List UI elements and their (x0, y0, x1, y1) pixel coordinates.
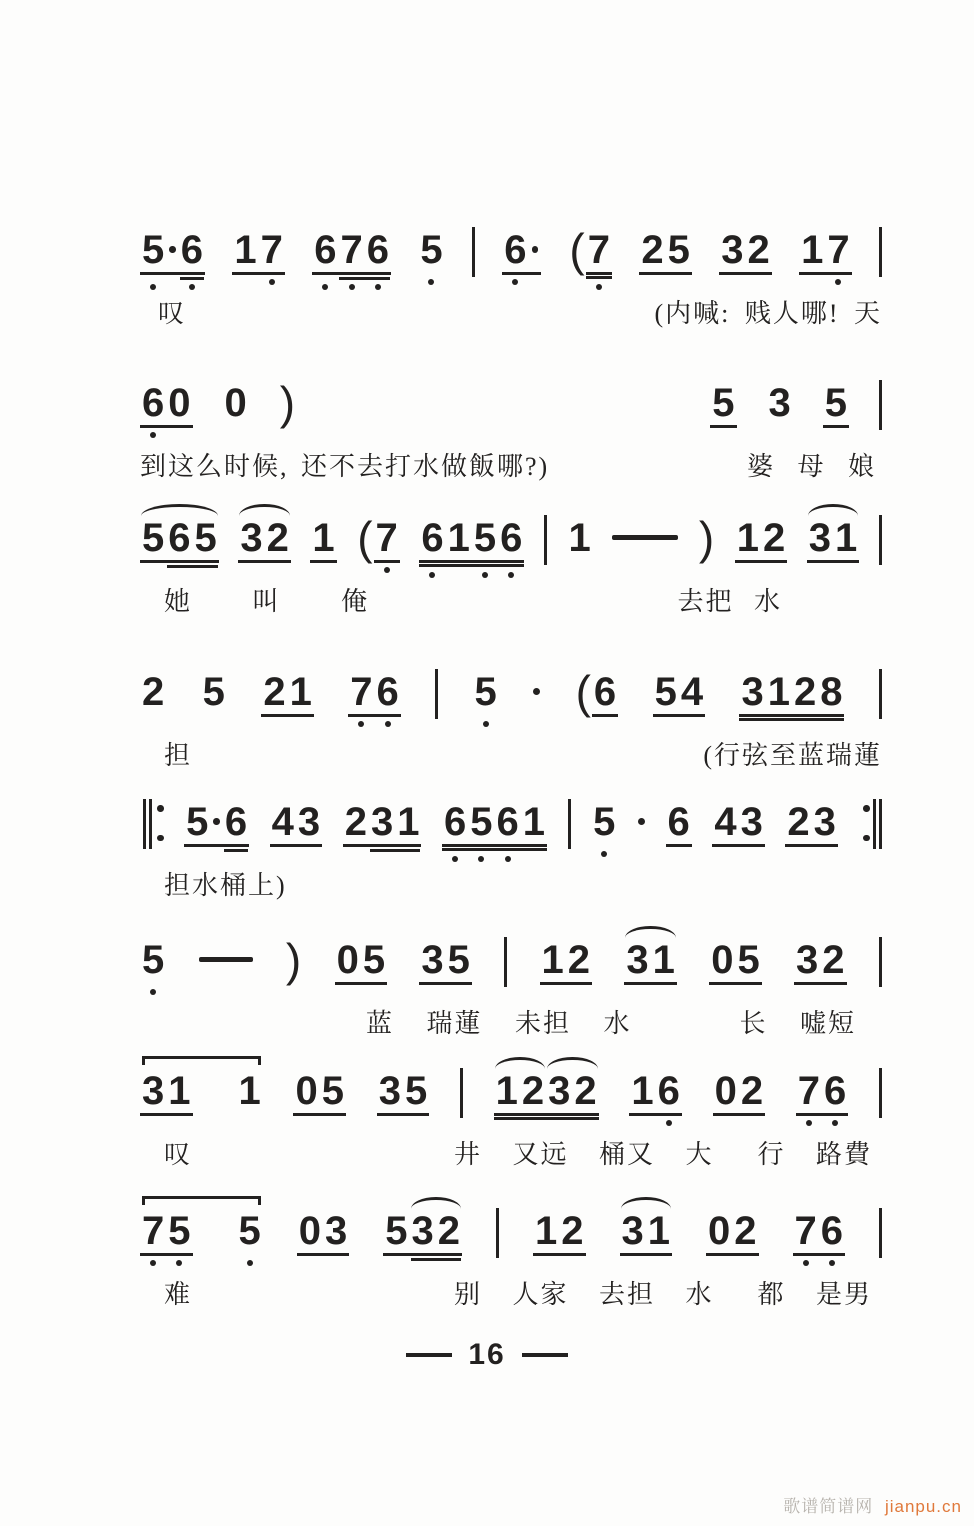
note-digit: 3 (741, 802, 763, 842)
dotted-note-dot (532, 246, 539, 253)
note-body: 5 (140, 940, 166, 982)
note-digit: 3 (622, 1211, 644, 1251)
note-part: 75 (140, 1211, 193, 1251)
note-part: 23 (785, 802, 838, 842)
note-digit: 3 (741, 672, 763, 712)
note-digit: 2 (787, 802, 809, 842)
note-digit: 5 (474, 518, 496, 558)
octave-dot (358, 721, 364, 727)
octave-dot (508, 572, 514, 578)
note-digit: 1 (168, 1071, 190, 1111)
note-group: 56 (140, 230, 205, 275)
octave-dot (322, 284, 328, 290)
note-group: (6 (575, 672, 619, 717)
note-digit: 5 (142, 940, 164, 980)
octave-dot (150, 1260, 156, 1266)
note-body: 31 (807, 518, 860, 563)
note-group: 5 (710, 383, 736, 428)
repeat-dot (863, 805, 870, 812)
barline (496, 1208, 499, 1258)
barline (879, 227, 882, 277)
note-part: 76 (338, 230, 391, 270)
octave-dot (512, 279, 518, 285)
note-digit: 5 (420, 230, 442, 270)
note-group: 23 (785, 802, 838, 847)
note-part: 3 (767, 383, 793, 423)
octave-dot (835, 279, 841, 285)
lyric-row: 到这么时候, 还不去打水做飯哪?)婆 母 娘 (140, 451, 882, 482)
note-body: 32 (238, 518, 291, 563)
note-digit: 5 (322, 1071, 344, 1111)
note-part: ) (285, 940, 302, 980)
note-group: 6 (666, 802, 692, 847)
lyric-text: (内喊: 贱人哪! 天 (654, 298, 882, 329)
note-part: 6 (592, 672, 618, 712)
note-digit: 6 (421, 518, 443, 558)
note-group: 16 (629, 1071, 682, 1116)
note-group: 02 (713, 1071, 766, 1116)
octave-dot (429, 572, 435, 578)
note-part: 17 (232, 230, 285, 270)
note-body: 6 (502, 230, 541, 275)
note-digit: 1 (448, 518, 470, 558)
note-digit: 1 (631, 1071, 653, 1111)
note-digit: 6 (658, 1071, 680, 1111)
note-body: 60 (140, 383, 193, 428)
note-digit: 6 (500, 518, 522, 558)
barline (879, 515, 882, 565)
note-group: 43 (712, 802, 765, 847)
notation-row: 561767656(7253217 (140, 230, 882, 288)
note-group: 76 (793, 1211, 846, 1256)
octave-dot (150, 989, 156, 995)
note-group: 532 (383, 1211, 462, 1256)
repeat-bar (143, 799, 146, 849)
note-group: 6156 (419, 518, 524, 563)
note-group: 32 (719, 230, 772, 275)
note-group: 676 (312, 230, 391, 275)
tie-bracket (142, 1056, 261, 1065)
note-digit: 5 (363, 940, 385, 980)
note-digit: 7 (340, 230, 362, 270)
note-digit: 5 (655, 672, 677, 712)
note-digit: 6 (668, 802, 690, 842)
page-number-dash (522, 1353, 568, 1357)
note-digit: 5 (668, 230, 690, 270)
note-digit: 5 (142, 518, 164, 558)
watermark: 歌谱简谱网 jianpu.cn (783, 1492, 962, 1517)
note-body: 5 (237, 1211, 263, 1253)
open-paren: ( (569, 230, 584, 270)
note-part: 12 (540, 940, 593, 980)
note-group: 1 (566, 518, 592, 560)
note-body: ) (698, 518, 715, 560)
note-part: 6 (140, 383, 166, 423)
note-part: 1 (310, 518, 336, 558)
note-digit: 2 (734, 1211, 756, 1251)
note-body: 7 (586, 230, 612, 275)
note-part (210, 802, 223, 825)
score-system: 31105351232160276叹井 又远 桶又 大行 路費 (140, 1071, 882, 1170)
notation-row: 600)535 (140, 383, 882, 441)
note-digit: 1 (737, 518, 759, 558)
note-digit: 1 (653, 940, 675, 980)
repeat-close-sign (858, 802, 882, 849)
octave-dot (150, 284, 156, 290)
note-digit: 5 (203, 672, 225, 712)
note-part: 76 (793, 1211, 846, 1251)
note-group: 05 (709, 940, 762, 985)
note-body: 17 (799, 230, 852, 275)
note-digit: 5 (186, 802, 208, 842)
note-body: 12 (735, 518, 788, 563)
note-part: 6561 (442, 802, 547, 842)
note-digit: 3 (769, 383, 791, 423)
note-group: 5 (473, 672, 499, 714)
note-digit: 7 (588, 230, 610, 270)
octave-dot (189, 284, 195, 290)
watermark-site-url: jianpu.cn (885, 1497, 962, 1516)
lyric-text: 担水桶上) (164, 870, 287, 901)
note-digit: 0 (299, 1211, 321, 1251)
note-group: 12 (735, 518, 788, 563)
note-digit: 3 (142, 1071, 164, 1111)
note-digit: 7 (795, 1211, 817, 1251)
note-body: 6 (666, 802, 692, 847)
note-digit: 6 (367, 230, 389, 270)
note-body: 231 (343, 802, 422, 847)
octave-dot (384, 567, 390, 573)
note-group: 0 (223, 383, 249, 425)
note-digit: 2 (822, 940, 844, 980)
note-part: 35 (419, 940, 472, 980)
octave-dot (478, 856, 484, 862)
note-group: 05 (293, 1071, 346, 1116)
note-digit: 0 (711, 940, 733, 980)
note-digit: 2 (267, 518, 289, 558)
note-body: 31 (140, 1071, 193, 1116)
note-digit: 2 (438, 1211, 460, 1251)
note-digit: 6 (225, 802, 247, 842)
note-digit: 6 (824, 1071, 846, 1111)
note-group: 5 (237, 1211, 263, 1253)
score-system: 5)053512310532蓝 瑞蓮 未担 水长 嘘短 (140, 940, 882, 1039)
lyric-text: 到这么时候, 还不去打水做飯哪?) (140, 451, 549, 482)
note-group: 1232 (494, 1071, 599, 1116)
note-digit: 1 (768, 672, 790, 712)
page-number-value: 16 (468, 1340, 505, 1370)
note-digit: 7 (261, 230, 283, 270)
note-digit: 2 (561, 1211, 583, 1251)
note-body: 565 (140, 518, 219, 563)
note-part: 31 (369, 802, 422, 842)
note-group: (7 (356, 518, 400, 563)
note-group: 12 (533, 1211, 586, 1256)
paren: ) (286, 940, 301, 980)
note-body: 35 (377, 1071, 430, 1116)
note-group: 35 (419, 940, 472, 985)
note-part: 6 (179, 230, 205, 270)
note-part: 12 (494, 1071, 547, 1111)
note-digit: 0 (715, 1071, 737, 1111)
note-body: 12 (540, 940, 593, 985)
octave-dot (247, 1260, 253, 1266)
notation-row: 2521765(6543128 (140, 672, 882, 730)
note-part: 5 (823, 383, 849, 423)
note-digit: 3 (626, 940, 648, 980)
slur-arc (547, 1057, 598, 1069)
note-group: 1 (310, 518, 336, 563)
note-digit: 2 (345, 802, 367, 842)
note-digit: 5 (593, 802, 615, 842)
note-digit: 6 (821, 1211, 843, 1251)
note-part: 05 (293, 1071, 346, 1111)
barline (504, 937, 507, 987)
note-body: 76 (348, 672, 401, 717)
note-part: 16 (629, 1071, 682, 1111)
notation-row: 7550353212310276 (140, 1211, 882, 1269)
note-digit: 1 (648, 1211, 670, 1251)
octave-dot (452, 856, 458, 862)
octave-dot (349, 284, 355, 290)
note-digit: 6 (497, 802, 519, 842)
note-group: ) (279, 383, 296, 425)
repeat-dot (157, 835, 164, 842)
slur-arc (625, 926, 676, 938)
score-system: 561767656(7253217叹(内喊: 贱人哪! 天 (140, 230, 882, 329)
lyric-text: 难 (164, 1279, 192, 1310)
note-body: 76 (793, 1211, 846, 1256)
note-part: 43 (270, 802, 323, 842)
note-body: 02 (706, 1211, 759, 1256)
note-digit: 6 (594, 672, 616, 712)
lyric-text: 都 是男 (757, 1279, 872, 1310)
note-body: 532 (383, 1211, 462, 1256)
note-digit: 3 (240, 518, 262, 558)
lyric-text: 蓝 瑞蓮 未担 水 (366, 1008, 632, 1039)
slur-arc (239, 504, 290, 516)
note-body: 05 (293, 1071, 346, 1116)
note-part: 54 (653, 672, 706, 712)
note-group: 35 (377, 1071, 430, 1116)
note-part: 7 (586, 230, 612, 270)
note-body: 43 (712, 802, 765, 847)
barline (879, 937, 882, 987)
repeat-dots (157, 805, 164, 841)
lyric-text: (行弦至蓝瑞蓮 (703, 740, 882, 771)
note-part: 43 (712, 802, 765, 842)
note-body: 25 (639, 230, 692, 275)
note-group: 31 (140, 1071, 193, 1116)
note-digit: 1 (397, 802, 419, 842)
note-group: 05 (335, 940, 388, 985)
note-digit: 6 (142, 383, 164, 423)
note-part: 32 (719, 230, 772, 270)
note-digit: 5 (825, 383, 847, 423)
note-group: ) (285, 940, 302, 982)
barline (879, 380, 882, 430)
note-part: 31 (807, 518, 860, 558)
note-digit: 6 (314, 230, 336, 270)
note-digit: 3 (298, 802, 320, 842)
note-digit: 3 (814, 802, 836, 842)
note-group: 1 (237, 1071, 263, 1113)
notation-row: 565321(761561)1231 (140, 518, 882, 576)
note-body: 16 (629, 1071, 682, 1116)
note-group: 21 (261, 672, 314, 717)
note-group: 02 (706, 1211, 759, 1256)
lyric-row: 担(行弦至蓝瑞蓮 (140, 740, 882, 771)
lyric-row: 叹井 又远 桶又 大行 路費 (140, 1139, 882, 1170)
note-body: 3128 (739, 672, 844, 717)
note-body: 02 (713, 1071, 766, 1116)
note-part: 65 (166, 518, 219, 558)
note-digit: 8 (820, 672, 842, 712)
note-body: 32 (794, 940, 847, 985)
tied-note-group: 755 (140, 1211, 263, 1256)
note-part: 32 (546, 1071, 599, 1111)
lyric-text: 叹 (164, 1139, 192, 1170)
note-part: 5 (140, 230, 166, 270)
note-part: 12 (533, 1211, 586, 1251)
note-part: 5 (418, 230, 444, 270)
octave-dot (482, 572, 488, 578)
note-digit: 2 (574, 1071, 596, 1111)
note-part: 32 (238, 518, 291, 558)
note-group: 60 (140, 383, 193, 428)
slur-arc (495, 1057, 546, 1069)
note-body: 6156 (419, 518, 524, 563)
repeat-dots (863, 805, 870, 841)
note-part: 76 (348, 672, 401, 712)
note-digit: 2 (568, 940, 590, 980)
barline (879, 669, 882, 719)
note-digit: 3 (371, 802, 393, 842)
note-group: 32 (794, 940, 847, 985)
note-digit: 7 (798, 1071, 820, 1111)
dotted-note-dot (169, 246, 176, 253)
lyric-row: 她 叫 俺去把 水 (140, 586, 882, 617)
score-system: 7550353212310276难别 人家 去担 水都 是男 (140, 1211, 882, 1310)
note-body: 56 (184, 802, 249, 847)
note-group: 54 (653, 672, 706, 717)
note-body: 6 (592, 672, 618, 717)
paren: ) (699, 518, 714, 558)
note-body: 76 (796, 1071, 849, 1116)
note-body: 56 (140, 230, 205, 275)
note-group: 31 (620, 1211, 673, 1256)
note-body: 03 (297, 1211, 350, 1256)
note-part: 5 (201, 672, 227, 712)
dotted-note-dot (213, 818, 220, 825)
note-digit: 5 (405, 1071, 427, 1111)
note-group: 03 (297, 1211, 350, 1256)
augmentation-dot (533, 688, 540, 695)
repeat-dot (863, 835, 870, 842)
note-digit: 7 (350, 672, 372, 712)
note-part: 2 (140, 672, 166, 712)
octave-dot (829, 1260, 835, 1266)
note-body: 31 (624, 940, 677, 985)
note-digit: 6 (504, 230, 526, 270)
note-body: 23 (785, 802, 838, 847)
barline (472, 227, 475, 277)
note-digit: 1 (835, 518, 857, 558)
note-part: 2 (343, 802, 369, 842)
note-part (166, 230, 179, 253)
note-body: 5 (710, 383, 736, 428)
note-digit: 6 (181, 230, 203, 270)
slur-arc (808, 504, 859, 516)
lyric-text: 长 嘘短 (739, 1008, 856, 1039)
note-digit: 0 (337, 940, 359, 980)
note-part: 6 (666, 802, 692, 842)
lyric-row: 蓝 瑞蓮 未担 水长 嘘短 (140, 1008, 882, 1039)
watermark-site-name: 歌谱简谱网 (783, 1497, 873, 1516)
note-part: 5 (184, 802, 210, 842)
duration-dash (612, 535, 678, 540)
duration-dash (199, 957, 253, 962)
octave-dot (375, 284, 381, 290)
note-digit: 5 (385, 1211, 407, 1251)
lyric-row: 难别 人家 去担 水都 是男 (140, 1279, 882, 1310)
note-digit: 3 (421, 940, 443, 980)
note-digit: 1 (535, 1211, 557, 1251)
note-digit: 2 (522, 1071, 544, 1111)
note-group: 565 (140, 518, 219, 563)
note-part: 32 (410, 1211, 463, 1251)
score-system: 600)535到这么时候, 还不去打水做飯哪?)婆 母 娘 (140, 383, 882, 482)
note-group: 5 (591, 802, 617, 844)
note-digit: 1 (568, 518, 590, 558)
note-digit: 5 (168, 1211, 190, 1251)
lyric-text: 别 人家 去担 水 (454, 1279, 714, 1310)
note-part: 05 (335, 940, 388, 980)
octave-dot (428, 279, 434, 285)
note-body: ) (279, 383, 296, 425)
augmentation-dot (638, 818, 645, 825)
note-part: 6 (502, 230, 528, 270)
note-body: 2 (140, 672, 166, 714)
note-body: 3 (767, 383, 793, 425)
slur-arc (621, 1197, 672, 1209)
note-group: 2 (140, 672, 166, 714)
note-part: 31 (624, 940, 677, 980)
note-part: 02 (706, 1211, 759, 1251)
note-digit: 2 (747, 230, 769, 270)
octave-dot (666, 1120, 672, 1126)
note-digit: 4 (272, 802, 294, 842)
note-body: 676 (312, 230, 391, 275)
lyric-text: 担 (164, 740, 192, 771)
note-part: 31 (140, 1071, 193, 1111)
octave-dot (269, 279, 275, 285)
note-part: 32 (794, 940, 847, 980)
note-digit: 0 (295, 1071, 317, 1111)
notation-row: 56432316561564323 (140, 802, 882, 860)
note-digit: 2 (763, 518, 785, 558)
note-digit: 3 (379, 1071, 401, 1111)
note-digit: 1 (496, 1071, 518, 1111)
octave-dot (803, 1260, 809, 1266)
note-part: 7 (374, 518, 400, 558)
note-digit: 5 (142, 230, 164, 270)
note-part: 12 (735, 518, 788, 558)
note-body: 35 (419, 940, 472, 985)
note-body: 31 (620, 1211, 673, 1256)
note-body: 1 (310, 518, 336, 563)
note-digit: 3 (809, 518, 831, 558)
